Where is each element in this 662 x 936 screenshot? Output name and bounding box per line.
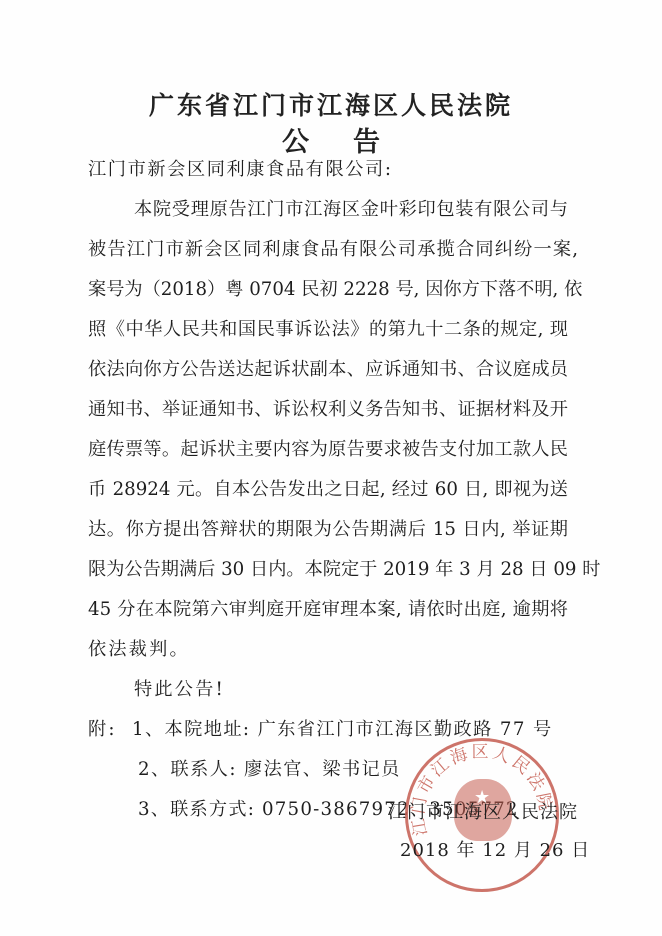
body-line-2: 被告江门市新会区同利康食品有限公司承揽合同纠纷一案,	[88, 238, 578, 262]
signature-court: 江门市江海区人民法院	[388, 798, 578, 824]
body-line-4: 照《中华人民共和国民事诉讼法》的第九十二条的规定, 现	[88, 318, 568, 342]
attachment-address: 1、本院地址: 广东省江门市江海区勤政路 77 号	[132, 718, 592, 742]
attachment-prefix: 附:	[88, 718, 128, 742]
notice-document: 广东省江门市江海区人民法院 公告 江门市新会区同利康食品有限公司: 本院受理原告…	[0, 0, 662, 936]
signature-date: 2018 年 12 月 26 日	[400, 836, 590, 862]
body-line-9: 达。你方提出答辩状的期限为公告期满后 15 日内, 举证期	[88, 518, 568, 542]
body-line-3: 案号为（2018）粤 0704 民初 2228 号, 因你方下落不明, 依	[88, 278, 568, 302]
body-line-11: 45 分在本院第六审判庭开庭审理本案, 请依时出庭, 逾期将	[88, 598, 568, 622]
body-line-6: 通知书、举证通知书、诉讼权利义务告知书、证据材料及开	[88, 398, 568, 422]
body-line-10: 限为公告期满后 30 日内。本院定于 2019 年 3 月 28 日 09 时	[88, 558, 568, 582]
body-line-7: 庭传票等。起诉状主要内容为原告要求被告支付加工款人民	[88, 438, 568, 462]
body-line-8: 币 28924 元。自本公告发出之日起, 经过 60 日, 即视为送	[88, 478, 568, 502]
body-line-12: 依法裁判。	[88, 638, 548, 662]
addressee: 江门市新会区同利康食品有限公司:	[88, 158, 548, 182]
body-line-5: 依法向你方公告送达起诉状副本、应诉通知书、合议庭成员	[88, 358, 568, 382]
closing-text: 特此公告!	[134, 678, 594, 702]
court-name-heading: 广东省江门市江海区人民法院	[0, 86, 662, 122]
notice-title: 公告	[0, 120, 662, 159]
body-line-1: 本院受理原告江门市江海区金叶彩印包装有限公司与	[134, 198, 568, 222]
